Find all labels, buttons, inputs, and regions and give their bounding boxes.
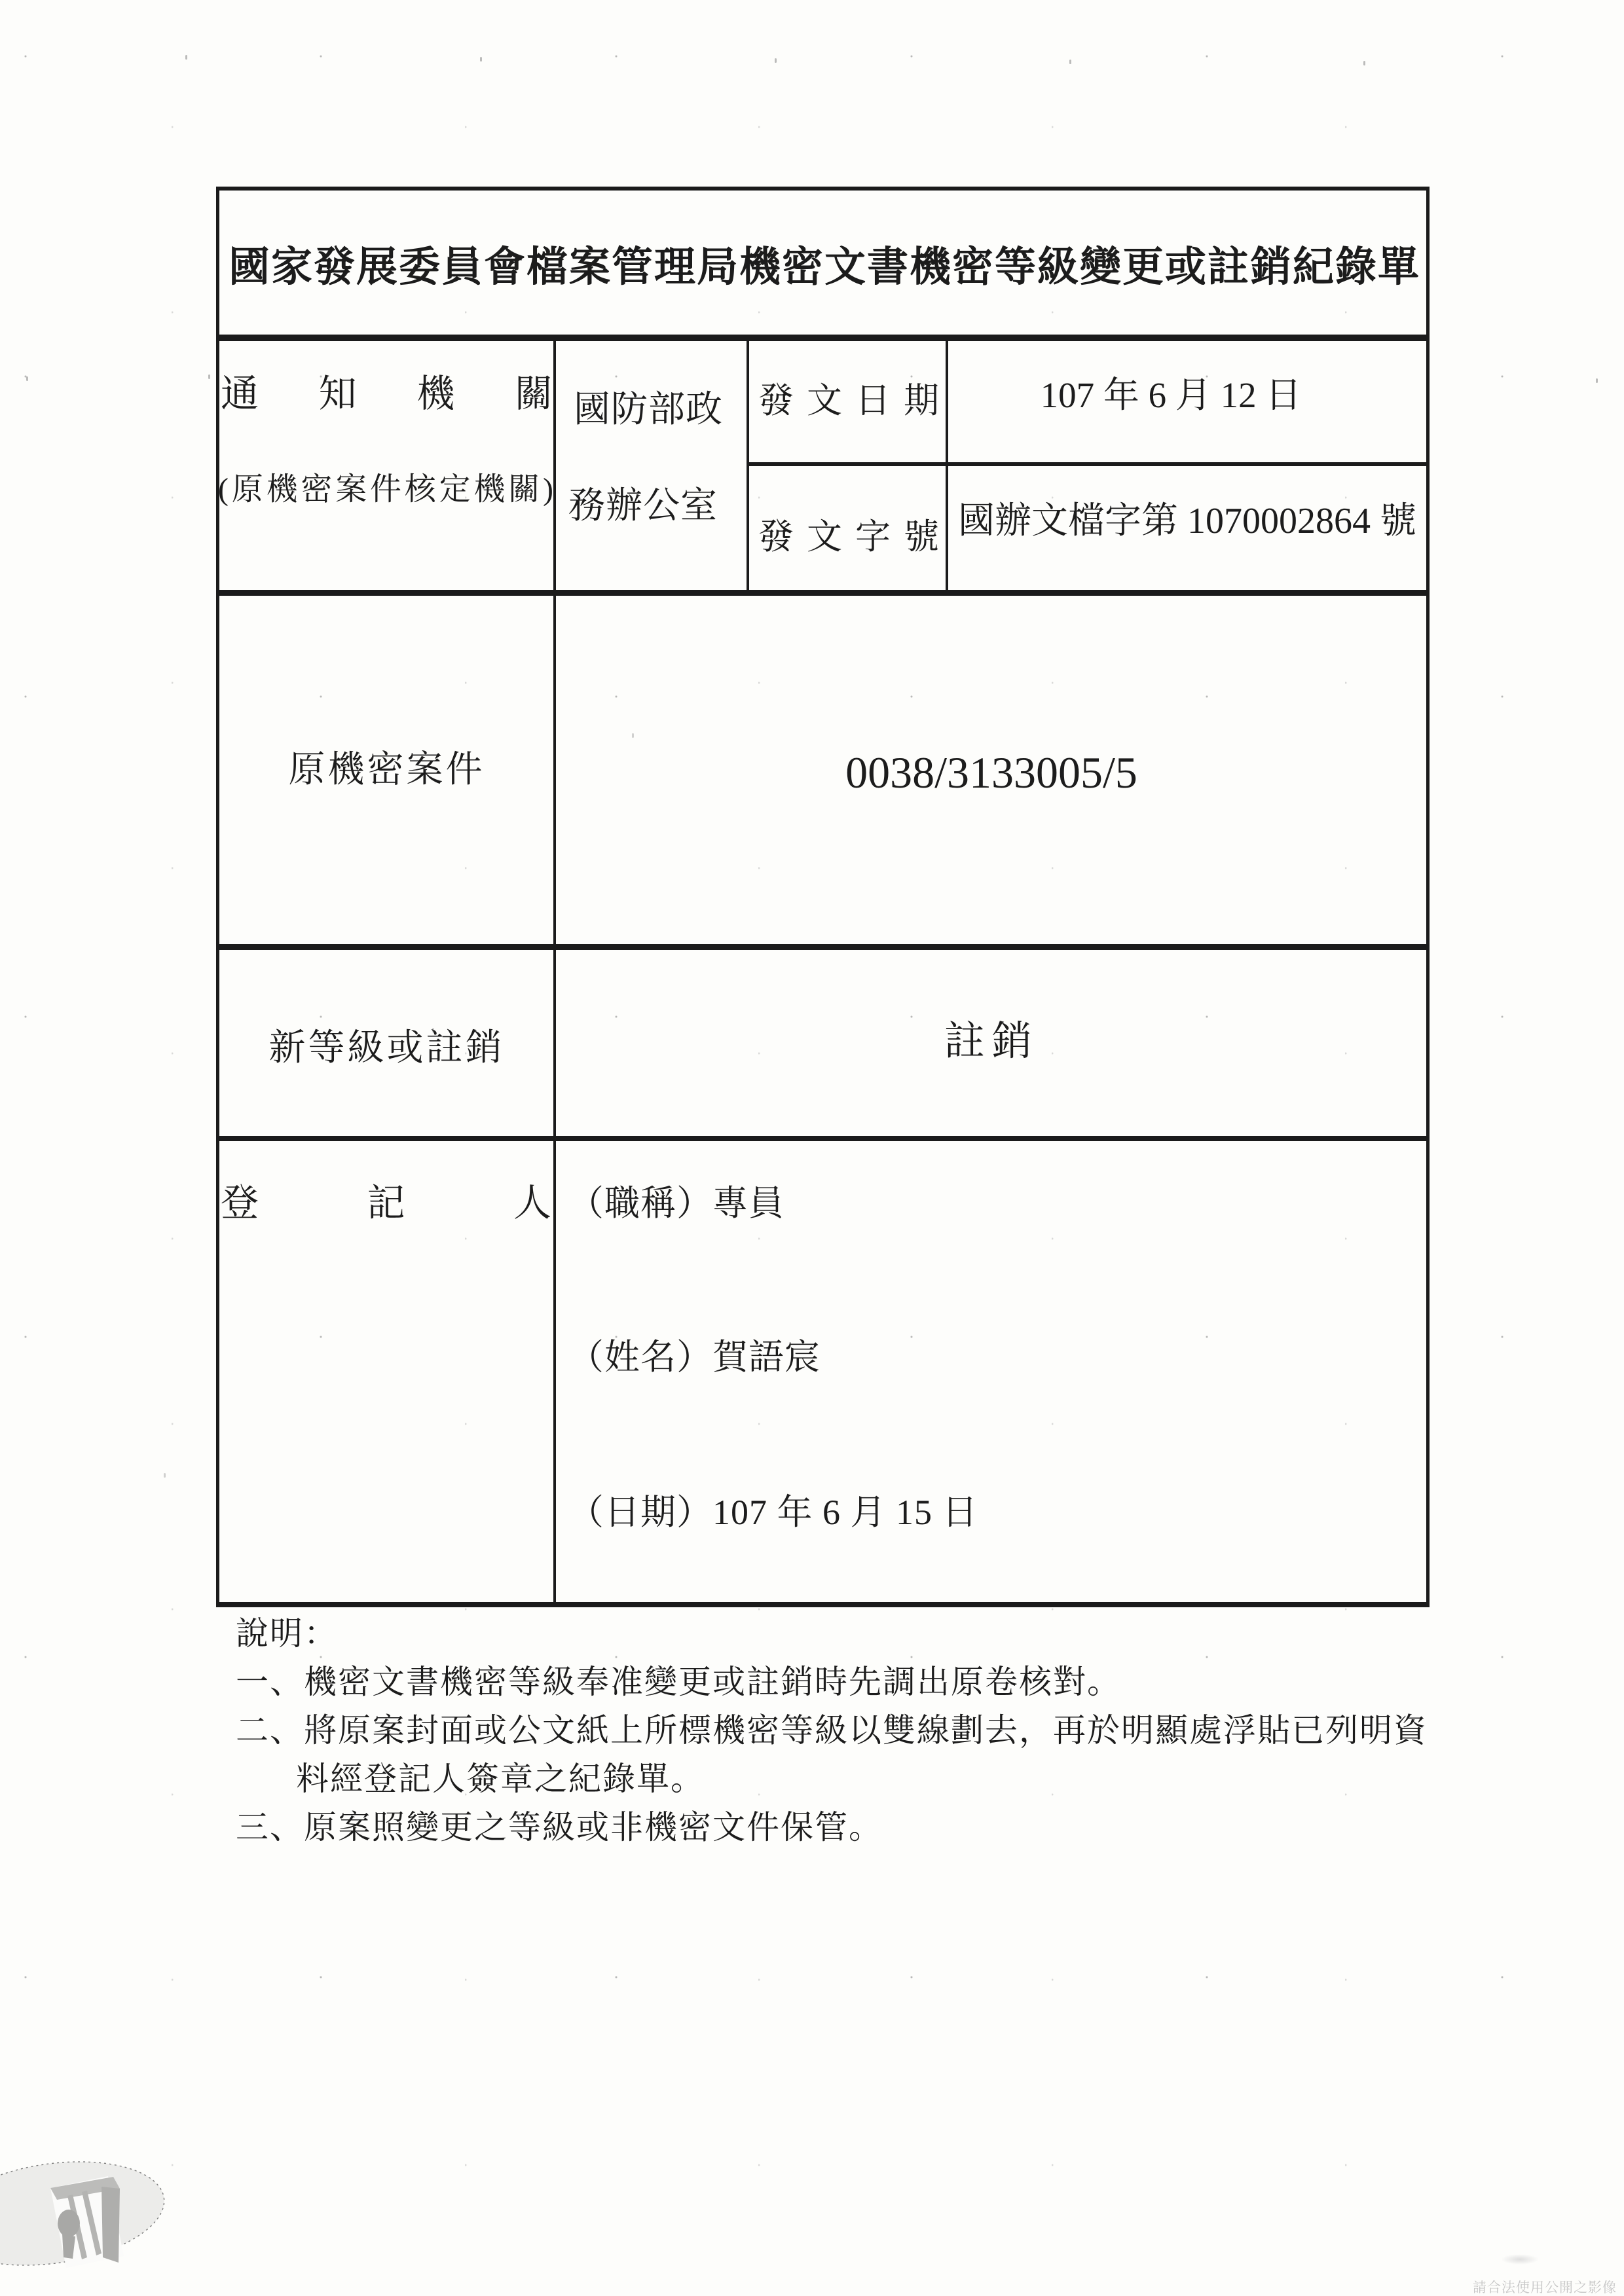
table-rule-col2-divider (747, 337, 749, 594)
scan-noise (632, 733, 634, 738)
issue-date-value: 107 年 6 月 12 日 (948, 372, 1393, 418)
national-archives-logo-watermark (0, 2158, 180, 2282)
note-item-2-continuation: 料經登記人簽章之紀錄單。 (296, 1758, 705, 1799)
scan-noise (26, 376, 28, 381)
table-rule-row3-bottom (216, 1136, 1430, 1141)
scan-noise (164, 1473, 166, 1478)
notes-heading: 說明： (236, 1613, 338, 1654)
scan-noise (480, 57, 482, 62)
issue-number-value: 國辦文檔字第 1070002864 號 (950, 496, 1425, 546)
table-rule-subrow-divider (747, 462, 1430, 466)
new-level-label: 新等級或註銷 (221, 1024, 553, 1072)
table-border-bottom (216, 1602, 1430, 1607)
issue-number-label: 發文字號 (758, 515, 939, 559)
note-item-1: 一、機密文書機密等級奉准變更或註銷時先調出原卷核對。 (236, 1662, 1121, 1702)
table-rule-row1-bottom (216, 590, 1430, 596)
notify-agency-value-line1: 國防部政 (574, 386, 737, 433)
notify-agency-sublabel: (原機密案件核定機關) (218, 469, 553, 511)
scan-smudge (1501, 2254, 1539, 2265)
usage-note: 請合法使用公開之影像 (1473, 2277, 1617, 2296)
new-level-value: 註銷 (556, 1013, 1427, 1070)
registrar-title-line: （職稱）專員 (568, 1178, 1420, 1228)
note-item-2: 二、將原案封面或公文紙上所標機密等級以雙線劃去，再於明顯處浮貼已列明資 (236, 1710, 1428, 1751)
table-border-right (1426, 187, 1430, 1607)
scan-noise (208, 374, 210, 379)
form-title: 國家發展委員會檔案管理局機密文書機密等級變更或註銷紀錄單 (223, 196, 1426, 331)
scan-noise (1363, 61, 1365, 65)
issue-date-label: 發文日期 (758, 378, 939, 423)
registrar-name-line: （姓名）賀語宸 (568, 1332, 1420, 1382)
original-case-label: 原機密案件 (221, 745, 553, 795)
scan-noise (1596, 378, 1598, 383)
original-case-value: 0038/3133005/5 (556, 737, 1427, 809)
scan-noise (775, 58, 777, 63)
table-border-left (216, 187, 219, 1607)
notify-agency-label: 通知機關 (221, 370, 553, 418)
table-rule-col1-divider (553, 337, 556, 1606)
note-item-3: 三、原案照變更之等級或非機密文件保管。 (236, 1807, 883, 1848)
table-rule-title-bottom (216, 335, 1430, 341)
table-border-top (216, 187, 1430, 191)
scan-noise (185, 55, 187, 60)
registrar-date-line: （日期）107 年 6 月 15 日 (568, 1487, 1420, 1537)
scan-noise (432, 1028, 434, 1032)
scanned-document-page: 國家發展委員會檔案管理局機密文書機密等級變更或註銷紀錄單 通知機關 (原機密案件… (0, 0, 1624, 2296)
notify-agency-value-line2: 務辦公室 (568, 483, 732, 530)
table-rule-row2-bottom (216, 944, 1430, 950)
registrar-label: 登記人 (221, 1178, 551, 1228)
scan-noise (1069, 60, 1071, 64)
